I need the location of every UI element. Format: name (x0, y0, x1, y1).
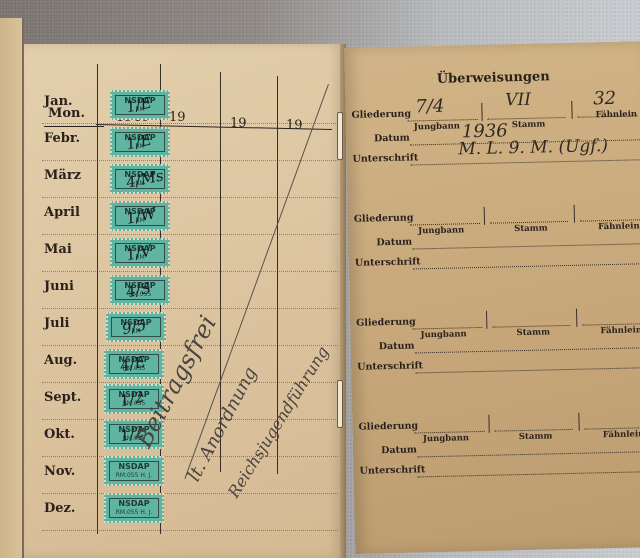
binding-stitch (337, 380, 343, 428)
jungbann-label: Jungbann (418, 225, 464, 236)
month-row: Dez. NSDAPRM.055 H. J. (42, 493, 338, 531)
month-row: April NSDAPRM1/W (42, 197, 338, 235)
unterschrift-label: Unterschrift (355, 256, 421, 268)
datum-label: Datum (379, 340, 415, 352)
datum-line (415, 347, 640, 353)
month-label: Sept. (44, 390, 81, 405)
month-label: Juni (44, 279, 74, 294)
transfer-entry: Gliederung Jungbann Stamm Fähnlein Datum… (352, 409, 640, 516)
unterschrift-label: Unterschrift (359, 464, 425, 476)
dues-stamp: NSDAPRM1/V (110, 238, 170, 268)
field-separator (571, 101, 572, 119)
dues-stamp: NSDAPRM9/5 (106, 312, 166, 342)
unterschrift-label: Unterschrift (352, 152, 418, 164)
datum-label: Datum (376, 237, 412, 249)
transfer-entry: Gliederung Jungbann Stamm Fähnlein Datum… (350, 305, 640, 412)
unterschrift-line (415, 367, 640, 373)
stamm-label: Stamm (516, 327, 550, 338)
jungbann-value: 7/4 (415, 96, 444, 118)
transfer-entry: Gliederung Jungbann 7/4 Stamm VII Fähnle… (345, 97, 640, 204)
month-label: Okt. (44, 427, 75, 442)
datum-line (417, 451, 640, 457)
dues-stamp: NSDAPRM1/W (110, 201, 170, 231)
gliederung-label: Gliederung (351, 108, 411, 120)
unterschrift-label: Unterschrift (357, 360, 423, 372)
jungbann-label: Jungbann (414, 121, 460, 132)
field-separator (481, 103, 482, 121)
jungbann-label: Jungbann (423, 433, 469, 444)
gliederung-label: Gliederung (354, 212, 414, 224)
month-row: Febr. NSDAPRM1/E (42, 123, 338, 161)
month-row: Jan. NSDAPRM1/E (42, 86, 338, 124)
faehnlein-label: Fähnlein (600, 325, 640, 336)
month-label: Febr. (44, 131, 80, 146)
datum-label: Datum (381, 444, 417, 456)
month-label: Mai (44, 242, 72, 257)
right-page-transfers: Überweisungen Gliederung Jungbann 7/4 St… (344, 41, 640, 554)
previous-page-edge (0, 18, 24, 558)
datum-line (413, 243, 640, 249)
dues-stamp: NSDAPRM1/E (110, 127, 170, 157)
stamm-label: Stamm (519, 431, 553, 442)
dues-stamp: NSDAPRM4/Ms (110, 164, 170, 194)
field-separator (484, 207, 485, 225)
faehnlein-value: 32 (593, 88, 616, 110)
month-label: März (44, 168, 81, 183)
faehnlein-label: Fähnlein (598, 221, 640, 232)
field-separator (578, 413, 579, 431)
transfer-entry: Gliederung Jungbann Stamm Fähnlein Datum… (348, 201, 640, 308)
dues-stamp: NSDAPRM.0554/S (110, 275, 170, 305)
binding-stitch (337, 112, 343, 160)
unterschrift-line (411, 159, 640, 165)
month-row: Okt. NSDAPRM.0551/2 (42, 419, 338, 457)
month-label: April (44, 205, 80, 220)
dues-stamp: NSDAPRM.0554/E (104, 349, 164, 379)
jungbann-label: Jungbann (420, 329, 466, 340)
datum-label: Datum (374, 133, 410, 145)
month-label: Jan. (44, 94, 73, 109)
stamm-value: VII (505, 90, 531, 111)
field-separator (486, 311, 487, 329)
stamm-label: Stamm (512, 119, 546, 130)
dues-stamp: NSDAPRM1/E (110, 90, 170, 120)
field-separator (488, 415, 489, 433)
stamm-label: Stamm (514, 223, 548, 234)
gliederung-label: Gliederung (356, 316, 416, 328)
unterschrift-line (418, 471, 640, 477)
gliederung-label: Gliederung (358, 420, 418, 432)
month-row: Mai NSDAPRM1/V (42, 234, 338, 272)
dues-stamp: NSDAPRM.055 H. J. (104, 493, 164, 523)
month-label: Nov. (44, 464, 75, 479)
page-title: Überweisungen (437, 69, 550, 87)
dues-stamp: NSDAPRM.055 H. J. (104, 456, 164, 486)
month-label: Aug. (44, 353, 77, 368)
month-row: Juni NSDAPRM.0554/S (42, 271, 338, 309)
field-separator (574, 205, 575, 223)
month-label: Dez. (44, 501, 75, 516)
month-label: Juli (44, 316, 69, 331)
left-page-dues-table: Mon. 1940 19 19 19 Jan. NSDAPRM1/E Febr.… (24, 44, 342, 558)
faehnlein-label: Fähnlein (595, 109, 637, 120)
unterschrift-line (413, 263, 640, 269)
field-separator (576, 309, 577, 327)
faehnlein-label: Fähnlein (603, 429, 640, 440)
unterschrift-value: M. L. 9. M. (Ugf.) (458, 136, 608, 159)
